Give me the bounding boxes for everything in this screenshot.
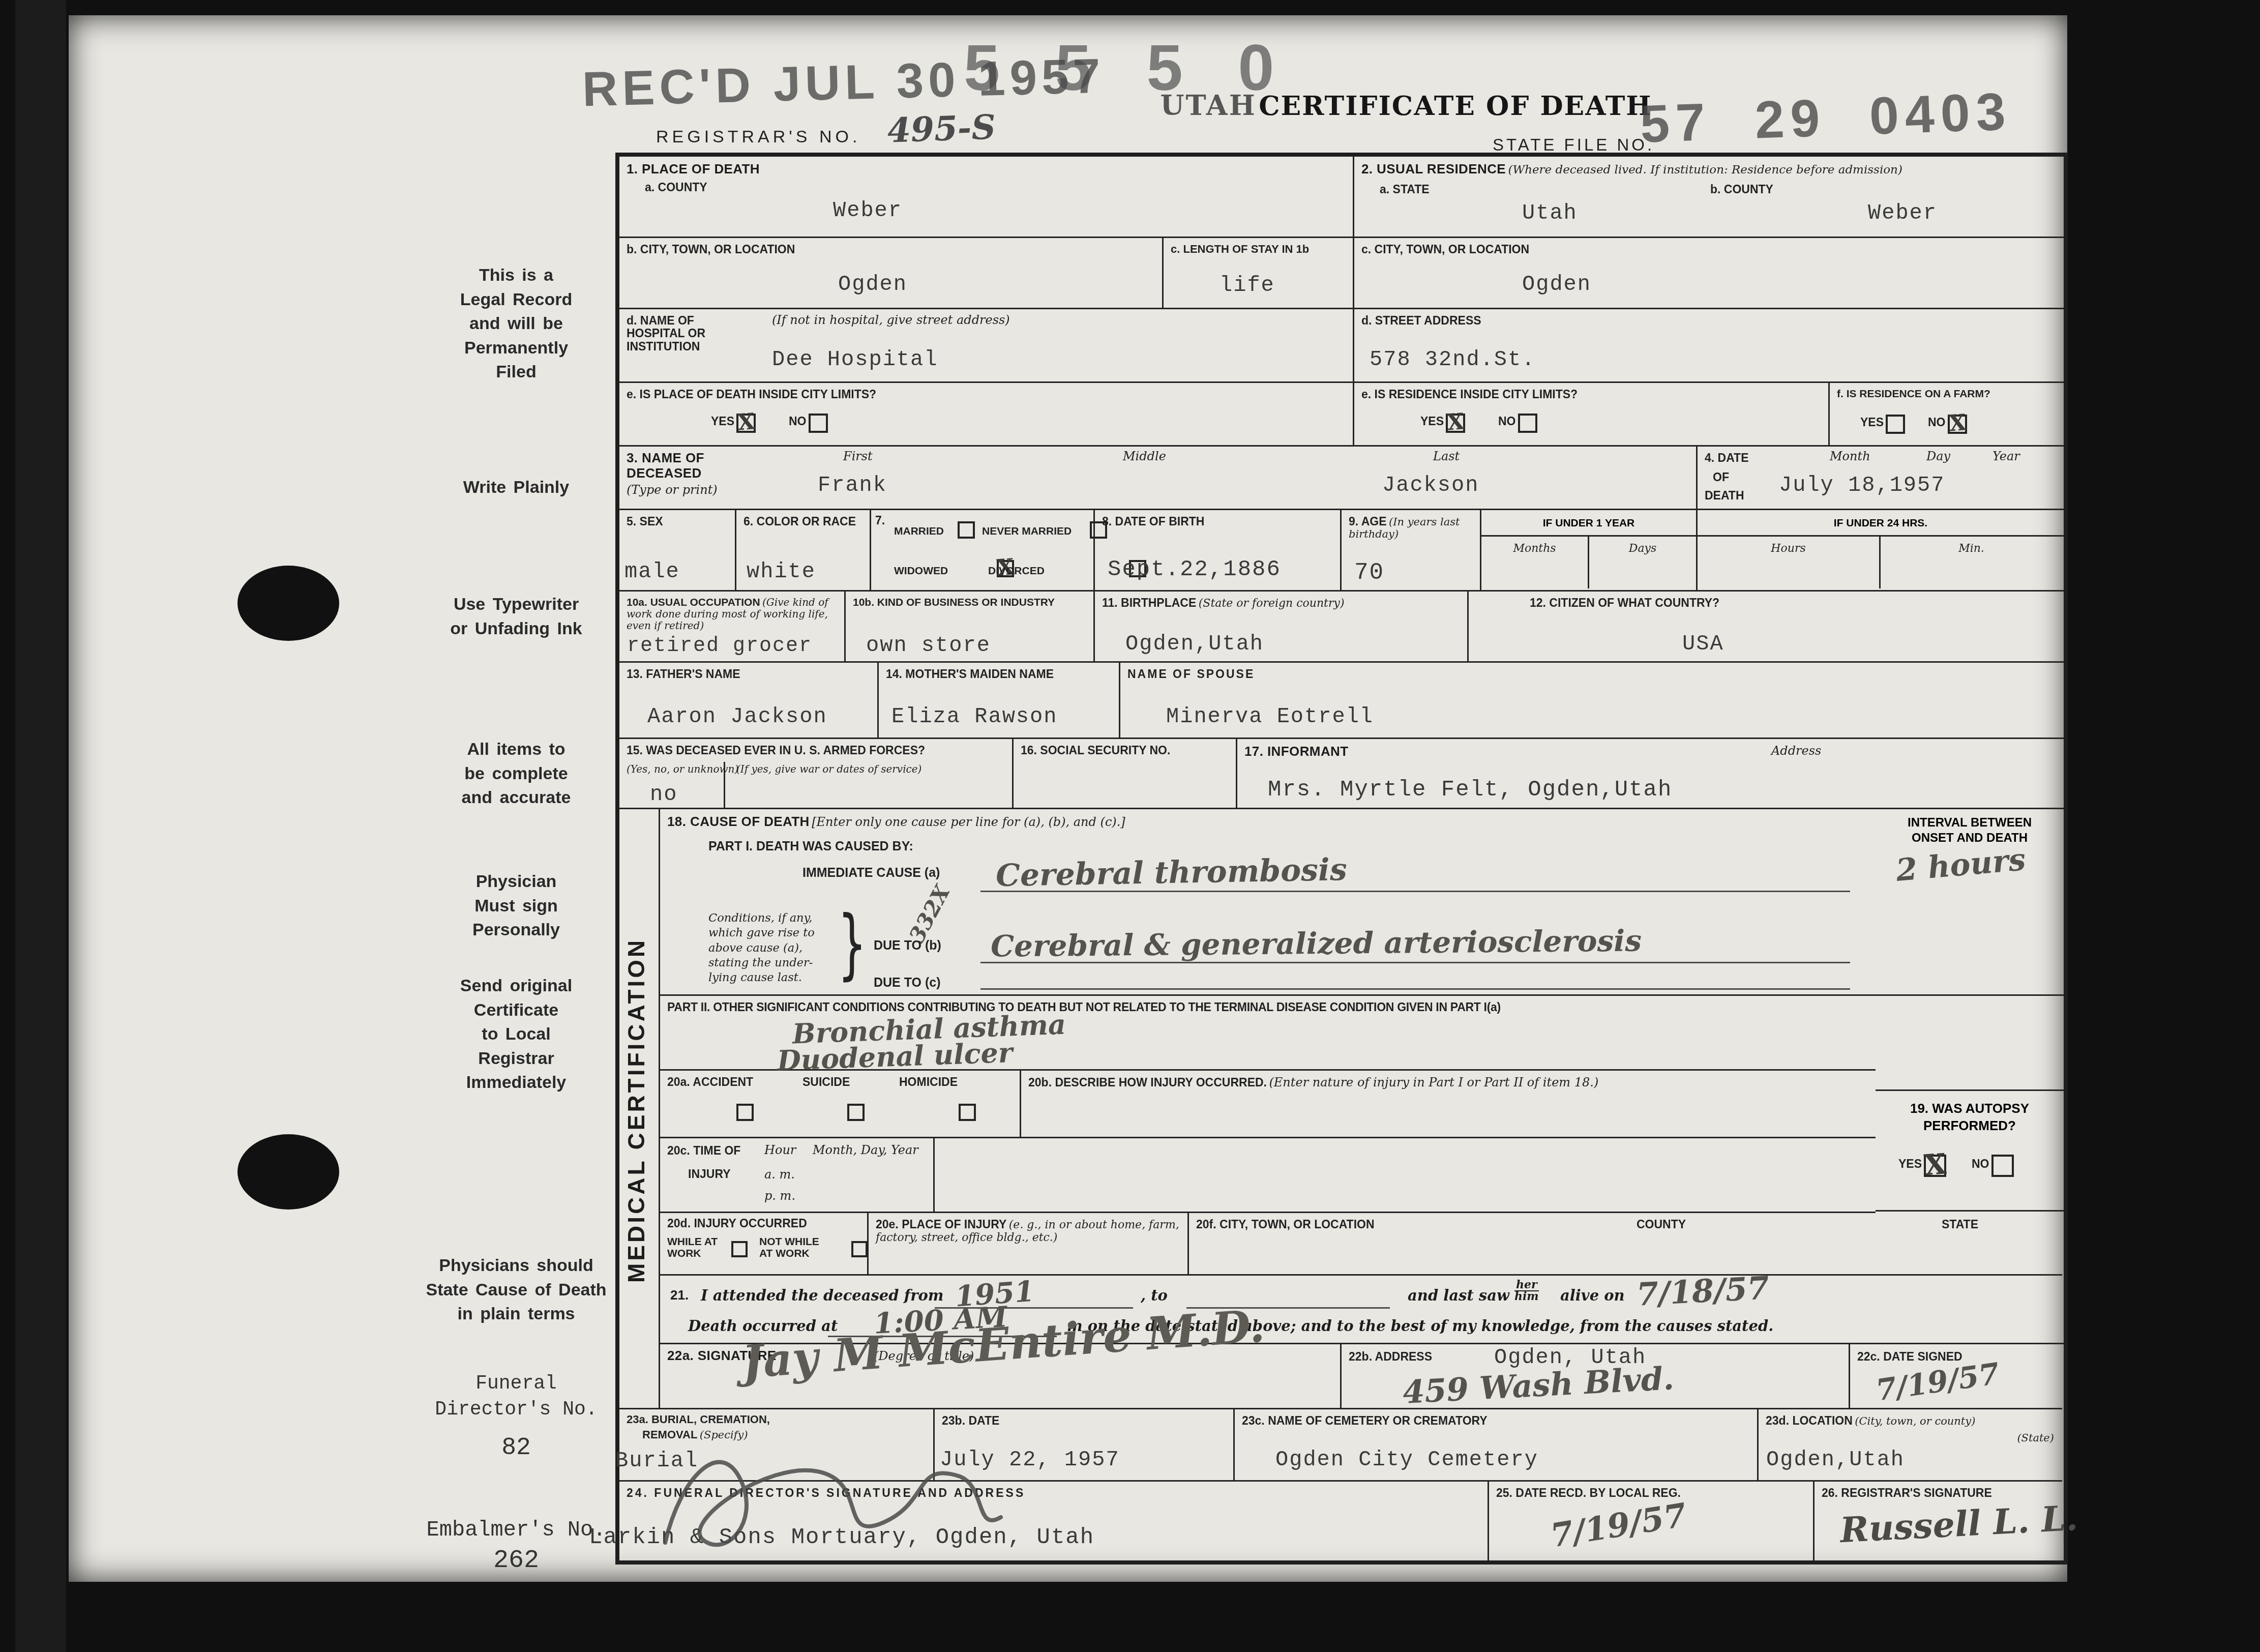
informant-label: 17. INFORMANT [1244,744,2064,759]
days-label: Days [1629,543,1656,555]
sex-label: 5. SEX [627,515,735,528]
punch-hole-top [237,566,339,641]
field-date-signed: 22c. DATE SIGNED 7/19/57 [1850,1344,2062,1409]
field-cause-of-death: 18. CAUSE OF DEATH [Enter only one cause… [660,809,1876,996]
place-of-death-title: 1. PLACE OF DEATH [627,162,1353,176]
under-1-year-header: IF UNDER 1 YEAR [1481,510,1696,537]
field-business-industry: 10b. KIND OF BUSINESS OR INDUSTRY own st… [846,592,1095,663]
injury-occurred-label: 20d. INJURY OCCURRED [667,1217,807,1230]
field-injury-location: 20f. CITY, TOWN, OR LOCATION COUNTY STAT… [1189,1213,2062,1276]
cause-code-annotation: 332X [906,882,954,946]
death-city-limits-yes-checkbox: X [736,414,756,433]
field-if-under-24-hrs: IF UNDER 24 HRS. Hours Min. [1698,510,2064,592]
under-1-months-cell: Months [1481,537,1589,588]
date-signed-label: 22c. DATE SIGNED [1857,1350,1962,1363]
yes-label: YES [1860,416,1884,429]
marital-number: 7. [875,514,885,527]
under-24-min-cell: Min. [1881,537,2062,588]
residence-state-label: a. STATE [1380,183,1430,196]
her-him-stack: her him [1514,1280,1539,1302]
field-physician-signature: 22a. SIGNATURE (Degree or title) Jay M M… [660,1344,1342,1409]
field-name-of-deceased: 3. NAME OF DECEASED (Type or print) Firs… [619,447,1698,510]
injury-county-label: COUNTY [1637,1218,1686,1231]
describe-injury-hint: (Enter nature of injury in Part I or Par… [1269,1075,1598,1089]
injury-state-label: STATE [1942,1218,1978,1231]
month-day-year-label: Month, Day, Year [813,1143,918,1157]
registrar-no-value: 495-S [887,110,996,147]
title-state: UTAH [1161,89,1257,122]
funeral-director-signature-scribble [650,1415,1006,1568]
homicide-checkbox [959,1104,976,1121]
field-place-of-injury: 20e. PLACE OF INJURY (e. g., in or about… [869,1213,1189,1276]
suicide-checkbox [847,1104,865,1121]
autopsy-yes-checkbox: X [1924,1155,1946,1177]
date-received-value: 7/19/57 [1549,1499,1689,1552]
field-date-received: 25. DATE RECD. BY LOCAL REG. 7/19/57 [1489,1482,1815,1560]
last-name-label: Last [1433,450,1460,463]
residence-city-value: Ogden [1522,274,1591,295]
checkbox-x-mark: X [1446,410,1465,434]
while-at-work-checkbox [731,1241,748,1257]
field-armed-forces: 15. WAS DECEASED EVER IN U. S. ARMED FOR… [619,739,1014,809]
field-age: 9. AGE (In years last birthday) 70 [1342,510,1481,592]
interval-label: INTERVAL BETWEEN ONSET AND DEATH [1876,809,2064,846]
date-signed-value: 7/19/57 [1874,1359,2001,1405]
usual-residence-hint: (Where deceased lived. If institution: R… [1508,163,1902,176]
registrar-signature-label: 26. REGISTRAR'S SIGNATURE [1822,1487,1992,1499]
yes-label: YES [711,415,734,428]
field-spouse-name: NAME OF SPOUSE Minerva Eotrell [1120,663,2064,739]
death-city-label: b. CITY, TOWN, OR LOCATION [627,243,1162,256]
conditions-hint: Conditions, if any, which gave rise to a… [708,911,828,985]
location-hint: (City, town, or county) [1855,1415,1975,1427]
date-of-birth-label: 8. DATE OF BIRTH [1102,515,1340,528]
not-while-at-work-checkbox [851,1241,868,1257]
cause-of-death-title: 18. CAUSE OF DEATH [667,814,810,829]
residence-farm-no-checkbox: X [1948,415,1967,434]
armed-forces-hint-2: (If yes, give war or dates of service) [736,763,930,775]
street-address-label: d. STREET ADDRESS [1361,314,2064,327]
no-label: NO [1928,416,1946,429]
no-label: NO [1972,1157,1989,1170]
field-accident-suicide-homicide: 20a. ACCIDENT SUICIDE HOMICIDE [660,1071,1021,1138]
field-sex: 5. SEX male [619,510,736,592]
age-value: 70 [1354,561,1384,584]
field-ssn: 16. SOCIAL SECURITY NO. [1014,739,1237,809]
father-name-value: Aaron Jackson [647,706,827,727]
hour-label: Hour [764,1143,796,1157]
while-at-work-label: WHILE AT WORK [667,1236,718,1259]
not-while-at-work-label: NOT WHILE AT WORK [759,1236,819,1259]
married-label: MARRIED [894,525,944,537]
field-length-of-stay: c. LENGTH OF STAY IN 1b life [1164,238,1354,309]
field-time-of-injury: 20c. TIME OF INJURY Hour a. m. p. m. Mon… [660,1138,935,1213]
field-injury-occurred: 20d. INJURY OCCURRED WHILE AT WORK NOT W… [660,1213,869,1276]
field-registrar-signature: 26. REGISTRAR'S SIGNATURE Russell L. L. [1815,1482,2062,1560]
field-informant: 17. INFORMANT Address Mrs. Myrtle Felt, … [1237,739,2064,809]
spouse-value: Minerva Eotrell [1166,706,1374,727]
scanned-certificate: This is a Legal Record and will be Perma… [0,0,2260,1652]
field-color-race: 6. COLOR OR RACE white [736,510,871,592]
part2-value-2: Duodenal ulcer [777,1039,1013,1074]
page-title: CERTIFICATE OF DEATH [1259,91,1652,122]
armed-forces-hint-1: (Yes, no, or unknown) [627,763,738,775]
informant-value: Mrs. Myrtle Felt, Ogden,Utah [1268,779,1672,801]
citizen-value: USA [1682,633,1724,655]
death-city-limits-label: e. IS PLACE OF DEATH INSIDE CITY LIMITS? [627,388,1353,401]
birthplace-hint: (State or foreign country) [1199,597,1345,610]
birthplace-label: 11. BIRTHPLACE [1102,596,1196,609]
armed-forces-divider [724,762,725,808]
death-city-limits-no-checkbox [809,414,828,433]
field-autopsy: 19. WAS AUTOPSY PERFORMED? YES X NO [1876,1089,2064,1212]
registrar-signature-value: Russell L. L. [1839,1501,2079,1548]
residence-city-limits-label: e. IS RESIDENCE INSIDE CITY LIMITS? [1361,388,1828,401]
field-describe-injury: 20b. DESCRIBE HOW INJURY OCCURRED. (Ente… [1021,1071,1876,1138]
field-citizen: 12. CITIZEN OF WHAT COUNTRY? USA [1469,592,2064,663]
under-24-hrs-header: IF UNDER 24 HRS. [1698,510,2064,537]
residence-county-value: Weber [1868,202,1937,224]
checkbox-x-mark: X [1948,411,1967,435]
color-race-label: 6. COLOR OR RACE [744,515,870,528]
field-physician-address: 22b. ADDRESS Ogden, Utah 459 Wash Blvd. [1342,1344,1850,1409]
widowed-label: WIDOWED [894,565,948,577]
alive-on-text: alive on [1560,1288,1625,1303]
last-name-value: Jackson [1382,475,1479,496]
right-column: INTERVAL BETWEEN ONSET AND DEATH 2 hours… [1876,809,2064,1213]
date-of-death-value: July 18,1957 [1779,475,1945,496]
autopsy-label: 19. WAS AUTOPSY PERFORMED? [1876,1091,2064,1135]
certificate-form-table: 1. PLACE OF DEATH a. COUNTY Weber 2. USU… [615,153,2068,1565]
armed-forces-label: 15. WAS DECEASED EVER IN U. S. ARMED FOR… [627,744,1012,757]
field-if-under-1-year: IF UNDER 1 YEAR Months Days [1481,510,1698,592]
field-hospital-name: d. NAME OF HOSPITAL OR INSTITUTION (If n… [619,309,1354,383]
field-death-city: b. CITY, TOWN, OR LOCATION Ogden [619,238,1164,309]
medical-certification-vertical-label: MEDICAL CERTIFICATION [625,848,648,1372]
usual-residence-title: 2. USUAL RESIDENCE [1361,161,1506,176]
cause-of-death-hint: [Enter only one cause per line for (a), … [812,815,1125,829]
field-place-of-death-county: 1. PLACE OF DEATH a. COUNTY Weber [619,157,1354,238]
never-married-label: NEVER MARRIED [982,525,1072,537]
field-interval-onset-death: INTERVAL BETWEEN ONSET AND DEATH 2 hours [1876,809,2064,996]
injury-empty-area [935,1138,1876,1213]
am-label: a. m. [764,1168,795,1182]
business-value: own store [866,635,991,656]
suicide-label: SUICIDE [802,1076,850,1088]
married-checkbox [958,521,975,539]
field-date-of-death: 4. DATE OF DEATH Month Day Year July 18,… [1698,447,2064,510]
no-label: NO [1498,415,1516,428]
checkbox-x-mark: X [737,410,756,434]
cemetery-value: Ogden City Cemetery [1275,1449,1538,1470]
location-state-hint: (State) [2017,1432,2054,1444]
field-street-address: d. STREET ADDRESS 578 32nd.St. [1354,309,2064,383]
age-label: 9. AGE [1349,515,1387,528]
part2-label: PART II. OTHER SIGNIFICANT CONDITIONS CO… [667,1001,1876,1014]
immediate-cause-value: Cerebral thrombosis [996,854,1348,891]
field-date-of-birth: 8. DATE OF BIRTH Sept.22,1886 [1095,510,1342,592]
county-label: a. COUNTY [645,181,707,194]
accident-label: 20a. ACCIDENT [667,1076,753,1088]
time-of-injury-label-1: 20c. TIME OF [667,1144,740,1157]
street-address-value: 578 32nd.St. [1370,349,1535,370]
time-of-injury-label-2: INJURY [688,1168,731,1181]
occupation-value: retired grocer [627,636,812,657]
residence-city-limits-no-checkbox [1518,414,1537,433]
residence-farm-yes-checkbox [1886,415,1905,434]
field-funeral-director: 24. FUNERAL DIRECTOR'S SIGNATURE AND ADD… [619,1482,1489,1560]
residence-farm-label: f. IS RESIDENCE ON A FARM? [1837,388,2064,400]
mother-name-value: Eliza Rawson [891,706,1057,727]
informant-address-label: Address [1771,744,1821,758]
hours-label: Hours [1771,543,1805,555]
sex-value: male [625,561,680,582]
checkbox-x-mark: X [1923,1149,1947,1179]
field-cemetery-location: 23d. LOCATION (City, town, or county) (S… [1759,1409,2062,1482]
residence-state-value: Utah [1522,202,1578,224]
father-name-label: 13. FATHER'S NAME [627,668,877,681]
field-birthplace: 11. BIRTHPLACE (State or foreign country… [1095,592,1469,663]
name-title-2: DECEASED [627,466,702,481]
field-residence-city: c. CITY, TOWN, OR LOCATION Ogden [1354,238,2064,309]
name-hint: (Type or print) [627,483,718,497]
field-mother-name: 14. MOTHER'S MAIDEN NAME Eliza Rawson [879,663,1120,739]
accident-checkbox [736,1104,754,1121]
hospital-value: Dee Hospital [772,349,938,370]
describe-injury-label: 20b. DESCRIBE HOW INJURY OCCURRED. [1028,1076,1267,1089]
part1-label: PART I. DEATH WAS CAUSED BY: [708,840,913,854]
county-value: Weber [833,200,902,221]
certificate-paper: This is a Legal Record and will be Perma… [69,15,2067,1582]
months-label: Months [1513,543,1556,555]
homicide-label: HOMICIDE [899,1076,958,1088]
state-file-number-stamp: 57 29 0403 [1639,85,2012,151]
registrar-no-label: REGISTRAR'S NO. [656,128,860,145]
divorced-label: DIVORCED [988,565,1045,577]
length-of-stay-label: c. LENGTH OF STAY IN 1b [1171,243,1353,255]
min-label: Min. [1958,543,1984,555]
residence-county-label: b. COUNTY [1710,183,1773,196]
residence-city-label: c. CITY, TOWN, OR LOCATION [1361,243,2064,256]
field-part2-conditions: PART II. OTHER SIGNIFICANT CONDITIONS CO… [660,996,1876,1071]
brace-glyph: } [838,906,867,982]
first-name-label: First [843,450,873,463]
address-label: 22b. ADDRESS [1349,1350,1432,1363]
address-handwritten-value: 459 Wash Blvd. [1402,1363,1675,1408]
armed-forces-value: no [650,784,677,805]
middle-name-label: Middle [1123,450,1166,463]
state-file-label: STATE FILE NO. [1493,136,1654,153]
punch-hole-bottom [237,1134,339,1209]
ssn-label: 16. SOCIAL SECURITY NO. [1021,744,1236,757]
yes-label: YES [1898,1157,1922,1170]
due-to-c-line [980,988,1850,990]
occupation-label: 10a. USUAL OCCUPATION [627,597,760,608]
spouse-label: NAME OF SPOUSE [1127,668,2064,681]
pm-label: p. m. [764,1189,795,1203]
him-label: him [1514,1291,1539,1302]
immediate-cause-label: IMMEDIATE CAUSE (a) [802,866,940,880]
year-label: Year [1993,450,2020,463]
month-label: Month [1830,450,1870,463]
hospital-hint: (If not in hospital, give street address… [772,313,1010,327]
length-of-stay-value: life [1220,275,1275,296]
date-of-death-label-1: 4. DATE [1705,452,1748,464]
injury-city-label: 20f. CITY, TOWN, OR LOCATION [1196,1218,1375,1231]
attended-from-text: I attended the deceased from [701,1288,943,1303]
attended-to-text: , to [1141,1288,1168,1303]
field-death-city-limits: e. IS PLACE OF DEATH INSIDE CITY LIMITS?… [619,383,1354,447]
date-of-death-label-3: DEATH [1705,489,1744,502]
under-24-hours-cell: Hours [1698,537,1881,588]
hospital-label: d. NAME OF HOSPITAL OR INSTITUTION [627,314,754,353]
autopsy-no-checkbox [1991,1155,2014,1177]
right-column-spacer [1876,996,2064,1089]
field-cemetery-name: 23c. NAME OF CEMETERY OR CREMATORY Ogden… [1235,1409,1759,1482]
business-label: 10b. KIND OF BUSINESS OR INDUSTRY [853,597,1093,608]
last-saw-text: and last saw [1408,1288,1509,1303]
cemetery-location-value: Ogden,Utah [1766,1449,1905,1470]
date-received-label: 25. DATE RECD. BY LOCAL REG. [1496,1487,1681,1499]
item-21-number: 21. [670,1288,689,1302]
field-usual-residence: 2. USUAL RESIDENCE (Where deceased lived… [1354,157,2064,238]
date-of-death-label-2: OF [1713,471,1729,484]
field-father-name: 13. FATHER'S NAME Aaron Jackson [619,663,879,739]
interval-value: 2 hours [1895,844,2027,886]
day-label: Day [1926,450,1950,463]
death-city-value: Ogden [838,274,907,295]
cemetery-label: 23c. NAME OF CEMETERY OR CREMATORY [1242,1414,1488,1427]
field-marital-status: 7. MARRIED NEVER MARRIED WIDOWED X DIVOR… [871,510,1095,592]
scanner-edge-strip [15,0,66,1652]
first-name-value: Frank [818,475,887,496]
color-race-value: white [747,561,816,582]
field-residence-city-limits: e. IS RESIDENCE INSIDE CITY LIMITS? YES … [1354,383,1830,447]
no-label: NO [789,415,807,428]
due-to-c-label: DUE TO (c) [874,976,941,990]
location-label: 23d. LOCATION [1766,1414,1853,1427]
due-to-b-value: Cerebral & generalized arteriosclerosis [991,926,1642,961]
yes-label: YES [1420,415,1444,428]
birthplace-value: Ogden,Utah [1125,633,1264,655]
name-title-1: 3. NAME OF [627,451,704,465]
under-1-days-cell: Days [1589,537,1696,588]
field-residence-farm: f. IS RESIDENCE ON A FARM? YES NO X [1830,383,2064,447]
date-of-birth-value: Sept.22,1886 [1108,558,1281,581]
field-usual-occupation: 10a. USUAL OCCUPATION (Give kind of work… [619,592,846,663]
due-to-b-label: DUE TO (b) [874,939,941,953]
alive-on-value: 7/18/57 [1636,1272,1770,1311]
residence-city-limits-yes-checkbox: X [1446,414,1465,433]
place-of-injury-label: 20e. PLACE OF INJURY [876,1218,1006,1231]
citizen-label: 12. CITIZEN OF WHAT COUNTRY? [1530,597,2064,609]
mother-name-label: 14. MOTHER'S MAIDEN NAME [886,668,1119,681]
